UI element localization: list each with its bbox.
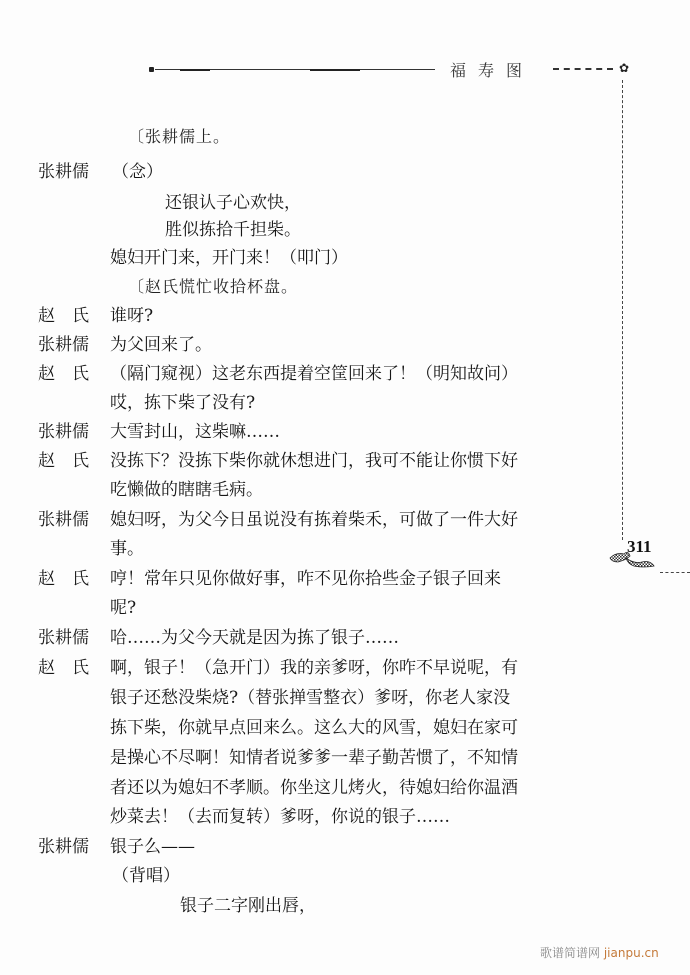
speaker-name: 张耕儒 xyxy=(38,832,100,862)
ribbon-ornament-icon xyxy=(608,550,658,568)
line-text: 哎，拣下柴了没有? xyxy=(110,388,255,418)
line-text: 谁呀? xyxy=(110,301,153,331)
speaker-name: 张耕儒 xyxy=(38,330,100,360)
line-text: 者还以为媳妇不孝顺。你坐这儿烤火，待媳妇给你温酒 xyxy=(110,773,518,803)
line-text: 媳妇开门来，开门来！（叩门） xyxy=(110,243,348,273)
header-rule-accent xyxy=(310,69,360,71)
line-text: （背唱） xyxy=(112,861,180,891)
speaker-name: 赵 氏 xyxy=(38,564,100,594)
line-text: 哈……为父今天就是因为拣了银子…… xyxy=(110,623,399,653)
line-text: 吃懒做的瞎瞎毛病。 xyxy=(110,475,263,505)
line-text: 炒菜去！（去而复转）爹呀，你说的银子…… xyxy=(110,802,450,832)
line-text: 银子么—— xyxy=(110,832,195,862)
watermark-en: jianpu.cn xyxy=(604,946,659,960)
speaker-name: 赵 氏 xyxy=(38,301,100,331)
watermark: 歌谱简谱网 jianpu.cn xyxy=(540,944,659,961)
running-header: 福寿图 ✿ xyxy=(145,58,625,82)
line-text: 呢? xyxy=(110,593,136,623)
line-text: 没拣下？没拣下柴你就休想进门，我可不能让你惯下好 xyxy=(110,446,518,476)
knot-ornament-icon: ✿ xyxy=(619,62,629,74)
speaker-name: 张耕儒 xyxy=(38,417,100,447)
line-text: 事。 xyxy=(110,534,144,564)
line-text: 啊，银子！（急开门）我的亲爹呀，你咋不早说呢，有 xyxy=(110,653,518,683)
line-text: 银子二字刚出唇， xyxy=(180,891,316,921)
line-text: 大雪封山，这柴嘛…… xyxy=(110,417,280,447)
speaker-name: 张耕儒 xyxy=(38,157,100,187)
line-text: 是操心不尽啊！知情者说爹爹一辈子勤苦惯了，不知情 xyxy=(110,743,518,773)
speaker-name: 赵 氏 xyxy=(38,359,100,389)
header-rule-accent xyxy=(180,69,210,71)
speaker-name: 张耕儒 xyxy=(38,623,100,653)
line-text: （念） xyxy=(112,157,163,187)
speaker-name: 赵 氏 xyxy=(38,653,100,683)
line-text: 媳妇呀，为父今日虽说没有拣着柴禾，可做了一件大好 xyxy=(110,505,518,535)
line-text: 拣下柴，你就早点回来么。这么大的风雪，媳妇在家可 xyxy=(110,713,518,743)
speaker-name: 赵 氏 xyxy=(38,446,100,476)
line-text: 〔赵氏慌忙收拾杯盘。 xyxy=(128,272,298,302)
header-dashes xyxy=(553,68,613,70)
line-text: 银子还愁没柴烧?（替张掸雪整衣）爹呀，你老人家没 xyxy=(110,683,510,713)
line-text: （隔门窥视）这老东西提着空筐回来了！（明知故问） xyxy=(110,359,518,389)
line-text: 胜似拣拾千担柴。 xyxy=(165,215,301,245)
margin-dashed-line xyxy=(622,80,623,540)
ribbon-dashes xyxy=(660,572,690,573)
header-ornament-dot xyxy=(149,67,154,72)
line-text: 还银认子心欢快， xyxy=(165,188,301,218)
book-title: 福寿图 xyxy=(450,58,534,81)
watermark-cn: 歌谱简谱网 xyxy=(540,946,600,960)
speaker-name: 张耕儒 xyxy=(38,505,100,535)
line-text: 〔张耕儒上。 xyxy=(128,122,230,152)
line-text: 哼！常年只见你做好事，咋不见你拾些金子银子回来 xyxy=(110,564,501,594)
line-text: 为父回来了。 xyxy=(110,330,212,360)
